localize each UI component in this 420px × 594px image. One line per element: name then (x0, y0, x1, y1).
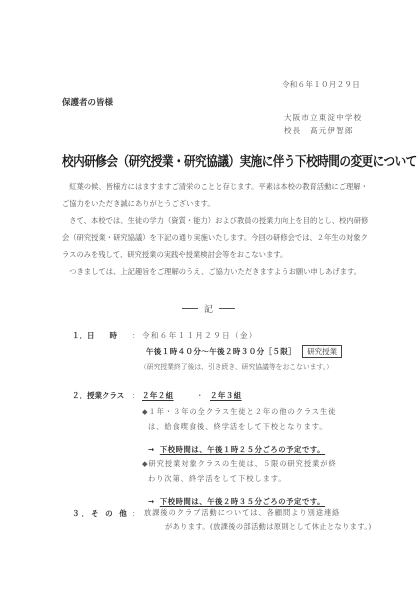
item-classes-label: ２．授業クラス (72, 390, 124, 401)
document-title: 校内研修会（研究授業・研究協議）実施に伴う下校時間の変更について (62, 150, 417, 170)
bullet2-time-row: → 下校時間は、午後２時３５分ごろの予定です。 (148, 489, 325, 508)
item-datetime-note: （研究授業終了後は、引き続き、研究協議等をおこないます。） (140, 361, 333, 371)
item-datetime-label: １．日 時 (72, 330, 117, 341)
class-separator: ・ (196, 390, 205, 401)
item-datetime-time-row: 午後１時４０分～午後２時３０分［５限］ 研究授業 (146, 345, 342, 358)
divider (219, 308, 235, 309)
paragraph-purpose: さて、本校では、生徒の学力（資質・能力）および教員の授業力向上を目的とし、校内研… (62, 212, 372, 263)
arrow-right-icon: → (148, 445, 155, 454)
principal-name: 校長 髙元伊智郎 (284, 125, 354, 136)
bullet1-line1: ◆１年・３年の全クラス生徒と２年の他のクラス生徒 (142, 407, 336, 417)
item-other-colon: ： (132, 508, 141, 519)
bullet2-line1: ◆研究授業対象クラスの生徒は、５限の研究授業が終 (142, 459, 337, 469)
research-lesson-badge: 研究授業 (302, 345, 342, 358)
ki-label: 記 (204, 302, 213, 315)
class-2-3: ２年３組 (210, 390, 242, 401)
item-classes-colon: ： (132, 390, 141, 401)
divider (182, 308, 198, 309)
bullet2-dismissal-time: 下校時間は、午後２時３５分ごろの予定です。 (160, 497, 325, 506)
body-text: 紅葉の候、皆様方にはますますご清栄のことと存じます。平素は本校の教育活動にご理解… (62, 178, 372, 280)
item-datetime-colon: ： (132, 330, 141, 341)
item-other-line1: 放課後のクラブ活動については、各顧問より別途連絡 (144, 508, 340, 518)
bullet1-dismissal-time: 下校時間は、午後１時２５分ごろの予定です。 (160, 445, 325, 454)
recipient: 保護者の皆様 (62, 96, 113, 108)
class-2-2: ２年２組 (142, 390, 174, 401)
paragraph-greeting: 紅葉の候、皆様方にはますますご清栄のことと存じます。平素は本校の教育活動にご理解… (62, 178, 372, 212)
item-datetime-time: 午後１時４０分～午後２時３０分［５限］ (146, 346, 296, 357)
item-other-label: ３．そ の 他 (72, 508, 129, 519)
arrow-right-icon: → (148, 497, 155, 506)
bullet2-line2: わり次第、終学活をして下校します。 (148, 474, 287, 484)
paragraph-request: つきましては、上記趣旨をご理解のうえ、ご協力いただきますようお願い申しあげます。 (62, 263, 372, 280)
item-other-line2: があります。(放課後の部活動は原則として休止となります。) (165, 522, 372, 532)
bullet1-time-row: → 下校時間は、午後１時２５分ごろの予定です。 (148, 437, 325, 456)
school-name: 大阪市立東淀中学校 (284, 112, 362, 123)
ki-heading: 記 (182, 302, 235, 315)
bullet1-line2: は、給食喫食後、終学活をして下校となります。 (148, 422, 328, 432)
item-datetime-date: 令和６年１１月２９日（金） (142, 330, 258, 341)
document-date: 令和６年１０月２９日 (282, 79, 360, 90)
